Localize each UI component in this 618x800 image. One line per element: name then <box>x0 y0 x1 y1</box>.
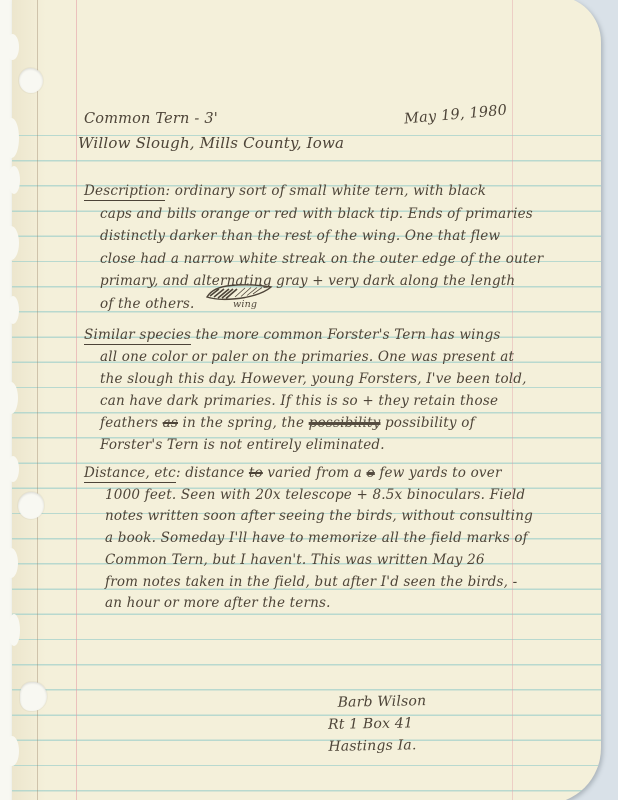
section-similar-species: Similar species the more common Forster'… <box>84 324 554 456</box>
signature-address-line: Rt 1 Box 41 <box>328 712 427 736</box>
section-description: Description: ordinary sort of small whit… <box>84 180 554 316</box>
text-line: Forster's Tern is not entirely eliminate… <box>100 434 554 456</box>
text-line: primary, and alternating gray + very dar… <box>100 270 554 293</box>
text-line: Description: ordinary sort of small whit… <box>84 180 554 203</box>
signature-address-line: Hastings Ia. <box>328 734 427 758</box>
section-heading: Distance, etc <box>84 465 176 483</box>
wing-sketch-label: wing <box>233 299 257 310</box>
signature-name: Barb Wilson <box>337 690 426 714</box>
text-segment: the more common Forster's Tern has wings <box>191 327 500 343</box>
handwritten-content: Common Tern - 3' May 19, 1980 Willow Slo… <box>0 0 618 800</box>
struck-word: to <box>249 465 263 481</box>
text-line: all one color or paler on the primaries.… <box>100 346 554 368</box>
text-line: close had a narrow white streak on the o… <box>100 248 554 271</box>
text-segment: few yards to over <box>375 465 502 481</box>
text-line: from notes taken in the field, but after… <box>105 572 564 594</box>
section-heading: Description <box>84 183 165 201</box>
text-line: can have dark primaries. If this is so +… <box>100 390 554 412</box>
text-line: distinctly darker than the rest of the w… <box>100 225 554 248</box>
text-line: the slough this day. However, young Fors… <box>100 368 554 390</box>
section-heading: Similar species <box>84 327 191 345</box>
text-line: an hour or more after the terns. <box>105 593 564 615</box>
text-line: Distance, etc: distance to varied from a… <box>84 463 564 485</box>
signature-block: Barb Wilson Rt 1 Box 41 Hastings Ia. <box>327 690 427 758</box>
text-line: Similar species the more common Forster'… <box>84 324 554 346</box>
text-segment: : distance <box>176 465 249 481</box>
text-line: 1000 feet. Seen with 20x telescope + 8.5… <box>105 485 564 507</box>
text-line: of the others. <box>100 293 554 316</box>
text-line: Common Tern, but I haven't. This was wri… <box>105 550 564 572</box>
struck-word: possibility <box>309 415 381 431</box>
text-segment: : ordinary sort of small white tern, wit… <box>165 183 486 199</box>
scanned-notebook-page: Common Tern - 3' May 19, 1980 Willow Slo… <box>0 0 618 800</box>
text-segment: possibility of <box>380 415 474 431</box>
note-date: May 19, 1980 <box>403 103 507 128</box>
text-segment: varied from a <box>263 465 367 481</box>
text-line: caps and bills orange or red with black … <box>100 203 554 226</box>
text-segment: feathers <box>100 415 163 431</box>
text-segment: in the spring, the <box>178 415 309 431</box>
text-line: notes written soon after seeing the bird… <box>105 506 564 528</box>
text-line: a book. Someday I'll have to memorize al… <box>105 528 564 550</box>
note-title: Common Tern - 3' <box>84 111 218 127</box>
text-line: feathers as in the spring, the possibili… <box>100 412 554 434</box>
struck-word: o <box>367 465 375 481</box>
section-distance: Distance, etc: distance to varied from a… <box>84 463 564 615</box>
struck-word: as <box>163 415 178 431</box>
note-location: Willow Slough, Mills County, Iowa <box>78 134 344 152</box>
